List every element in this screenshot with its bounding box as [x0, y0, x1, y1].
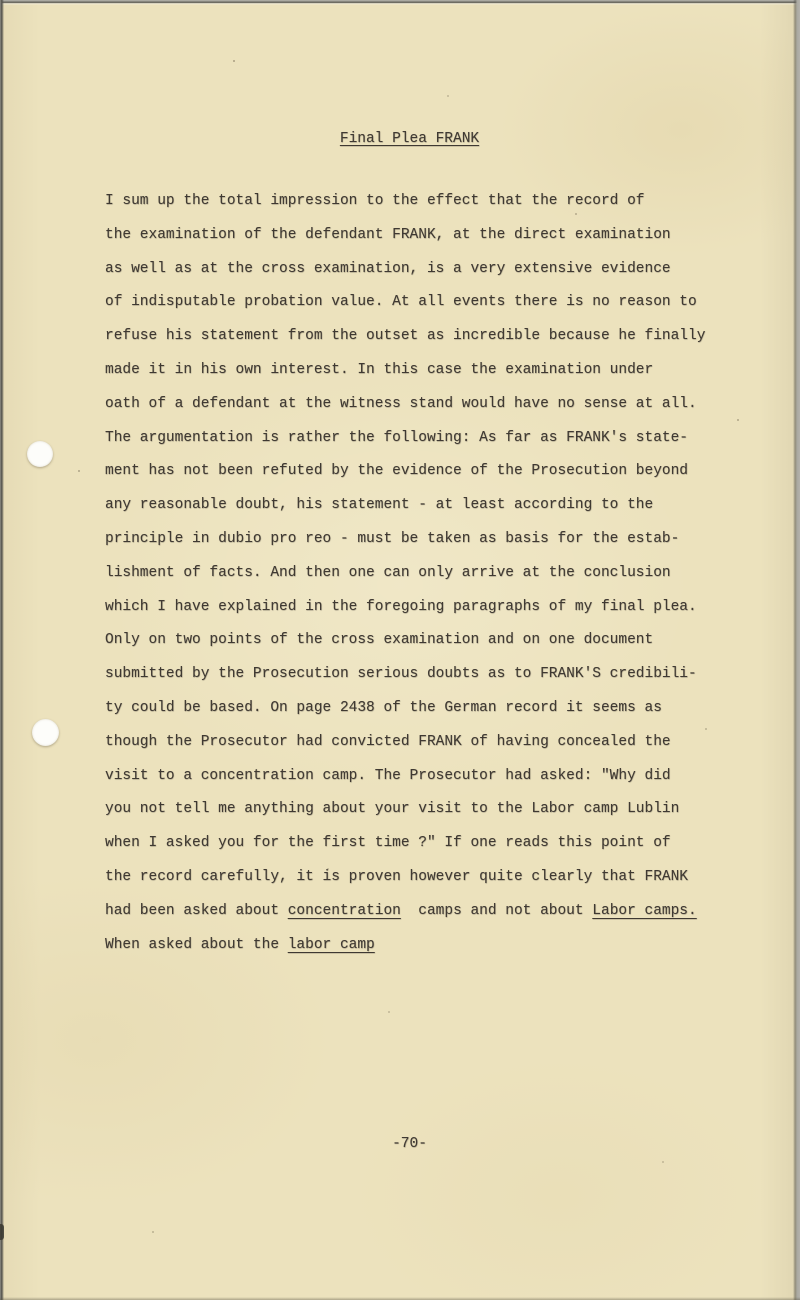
- document-line: When asked about the labor camp: [105, 929, 765, 963]
- scan-edge-left: [0, 0, 4, 1300]
- scan-edge-right: [793, 0, 800, 1300]
- scan-edge-top: [0, 0, 800, 5]
- page-title: Final Plea FRANK: [105, 129, 714, 149]
- document-line: Only on two points of the cross examinat…: [105, 624, 765, 658]
- document-line: the record carefully, it is proven howev…: [105, 861, 765, 895]
- document-line: any reasonable doubt, his statement - at…: [105, 489, 765, 523]
- document-line: oath of a defendant at the witness stand…: [105, 388, 765, 422]
- hole-punch-bottom: [32, 719, 59, 746]
- document-line: of indisputable probation value. At all …: [105, 286, 765, 320]
- document-line: visit to a concentration camp. The Prose…: [105, 760, 765, 794]
- document-line: ty could be based. On page 2438 of the G…: [105, 692, 765, 726]
- paper-specks: [0, 0, 2, 2]
- document-line: you not tell me anything about your visi…: [105, 793, 765, 827]
- document-body: I sum up the total impression to the eff…: [105, 185, 765, 962]
- document-line: lishment of facts. And then one can only…: [105, 557, 765, 591]
- underlined-text: labor camp: [288, 937, 375, 953]
- document-line: the examination of the defendant FRANK, …: [105, 219, 765, 253]
- scanned-page: Final Plea FRANK I sum up the total impr…: [0, 0, 800, 1300]
- document-line: refuse his statement from the outset as …: [105, 320, 765, 354]
- document-line: which I have explained in the foregoing …: [105, 591, 765, 625]
- underlined-text: Labor camps.: [592, 903, 696, 919]
- document-line: as well as at the cross examination, is …: [105, 253, 765, 287]
- document-line: I sum up the total impression to the eff…: [105, 185, 765, 219]
- document-line: had been asked about concentration camps…: [105, 895, 765, 929]
- document-line: made it in his own interest. In this cas…: [105, 354, 765, 388]
- document-line: The argumentation is rather the followin…: [105, 422, 765, 456]
- scan-edge-nick: [0, 1224, 4, 1240]
- underlined-text: concentration: [288, 903, 401, 919]
- document-line: when I asked you for the first time ?" I…: [105, 827, 765, 861]
- page-number: -70-: [105, 1134, 714, 1154]
- document-line: though the Prosecutor had convicted FRAN…: [105, 726, 765, 760]
- document-line: ment has not been refuted by the evidenc…: [105, 455, 765, 489]
- document-line: submitted by the Prosecution serious dou…: [105, 658, 765, 692]
- hole-punch-top: [27, 441, 53, 467]
- document-line: principle in dubio pro reo - must be tak…: [105, 523, 765, 557]
